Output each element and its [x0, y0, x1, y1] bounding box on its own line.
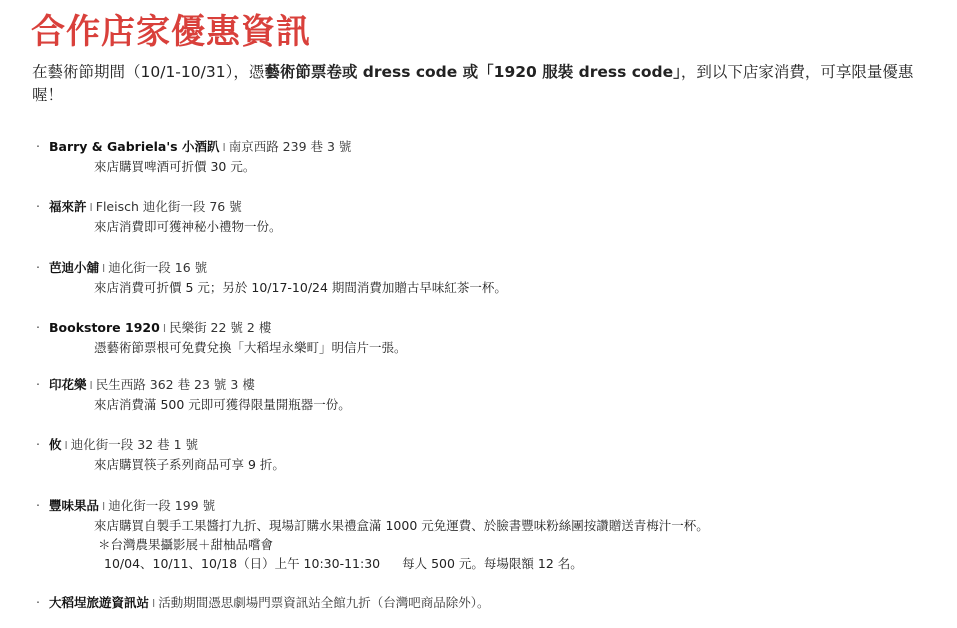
store-name: Bookstore 1920	[49, 320, 160, 335]
bullet-icon: ‧	[36, 496, 49, 515]
store-name: 攸	[49, 437, 62, 452]
store-item-fengwei-fruit: ‧豐味果品I迪化街一段 199 號 來店購買自製手工果醬打九折、現場訂購水果禮盒…	[36, 496, 709, 573]
store-offer: 來店消費可折價 5 元；另於 10/17-10/24 期間消費加贈古早味紅茶一杯…	[36, 278, 507, 297]
store-item-you: ‧攸I迪化街一段 32 巷 1 號 來店購買筷子系列商品可享 9 折。	[36, 435, 285, 474]
store-address: 迪化街一段 16 號	[108, 260, 207, 275]
separator: I	[152, 597, 155, 610]
store-address: 民生西路 362 巷 23 號 3 樓	[96, 377, 255, 392]
intro-paragraph: 在藝術節期間（10/1-10/31），憑藝術節票卷或 dress code 或「…	[32, 61, 922, 107]
store-offer: 來店購買啤酒可折價 30 元。	[36, 157, 351, 176]
bullet-icon: ‧	[36, 318, 49, 337]
intro-text-bold: 藝術節票卷或 dress code 或「1920 服裝 dress code」	[264, 63, 681, 81]
event-title: ＊台灣農果攝影展＋甜柚品嚐會	[36, 535, 709, 554]
store-name: 大稻埕旅遊資訊站	[49, 595, 149, 610]
store-header: ‧攸I迪化街一段 32 巷 1 號	[36, 435, 285, 455]
bullet-icon: ‧	[36, 593, 49, 612]
separator: I	[90, 201, 93, 214]
separator: I	[65, 439, 68, 452]
store-address: 南京西路 239 巷 3 號	[229, 139, 352, 154]
store-item-fleisch: ‧福來許IFleisch 迪化街一段 76 號 來店消費即可獲神秘小禮物一份。	[36, 197, 282, 236]
event-dates: 10/04、10/11、10/18（日）上午 10:30-11:30	[104, 556, 380, 571]
store-offer: 來店購買自製手工果醬打九折、現場訂購水果禮盒滿 1000 元免運費、於臉書豐味粉…	[36, 516, 709, 535]
store-item-barry-gabriela: ‧Barry & Gabriela's 小酒趴I南京西路 239 巷 3 號 來…	[36, 137, 351, 176]
separator: I	[90, 379, 93, 392]
store-address: 迪化街一段 32 巷 1 號	[71, 437, 198, 452]
separator: I	[102, 262, 105, 275]
store-name: 豐味果品	[49, 498, 99, 513]
bullet-icon: ‧	[36, 435, 49, 454]
separator: I	[222, 141, 225, 154]
store-header: ‧芭迪小舖I迪化街一段 16 號	[36, 258, 507, 278]
store-offer: 憑藝術節票根可免費兌換「大稻埕永樂町」明信片一張。	[36, 338, 407, 357]
bullet-icon: ‧	[36, 197, 49, 216]
store-header: ‧印花樂I民生西路 362 巷 23 號 3 樓	[36, 375, 351, 395]
bullet-icon: ‧	[36, 137, 49, 156]
store-offer: 來店消費滿 500 元即可獲得限量開瓶器一份。	[36, 395, 351, 414]
store-header: ‧福來許IFleisch 迪化街一段 76 號	[36, 197, 282, 217]
store-header: ‧豐味果品I迪化街一段 199 號	[36, 496, 709, 516]
store-name: Barry & Gabriela's 小酒趴	[49, 139, 219, 154]
event-price: 每人 500 元。每場限額 12 名。	[402, 556, 583, 571]
store-header: ‧Barry & Gabriela's 小酒趴I南京西路 239 巷 3 號	[36, 137, 351, 157]
store-name: 芭迪小舖	[49, 260, 99, 275]
event-schedule: 10/04、10/11、10/18（日）上午 10:30-11:30每人 500…	[36, 554, 709, 573]
store-item-yinhuale: ‧印花樂I民生西路 362 巷 23 號 3 樓 來店消費滿 500 元即可獲得…	[36, 375, 351, 414]
store-address: Fleisch 迪化街一段 76 號	[96, 199, 242, 214]
separator: I	[163, 322, 166, 335]
store-item-badi: ‧芭迪小舖I迪化街一段 16 號 來店消費可折價 5 元；另於 10/17-10…	[36, 258, 507, 297]
intro-text-part1: 在藝術節期間（10/1-10/31），憑	[32, 63, 264, 81]
store-name: 福來許	[49, 199, 87, 214]
store-item-dadaocheng-info: ‧大稻埕旅遊資訊站I活動期間憑思劇場門票資訊站全館九折（台灣吧商品除外）。	[36, 593, 490, 613]
bullet-icon: ‧	[36, 375, 49, 394]
store-name: 印花樂	[49, 377, 87, 392]
store-item-bookstore-1920: ‧Bookstore 1920I民樂街 22 號 2 樓 憑藝術節票根可免費兌換…	[36, 318, 407, 357]
store-address: 迪化街一段 199 號	[108, 498, 215, 513]
store-header: ‧大稻埕旅遊資訊站I活動期間憑思劇場門票資訊站全館九折（台灣吧商品除外）。	[36, 593, 490, 613]
page-title: 合作店家優惠資訊	[31, 10, 311, 54]
store-offer: 來店購買筷子系列商品可享 9 折。	[36, 455, 285, 474]
store-header: ‧Bookstore 1920I民樂街 22 號 2 樓	[36, 318, 407, 338]
store-address: 民樂街 22 號 2 樓	[169, 320, 271, 335]
bullet-icon: ‧	[36, 258, 49, 277]
separator: I	[102, 500, 105, 513]
store-offer: 來店消費即可獲神秘小禮物一份。	[36, 217, 282, 236]
store-offer: 活動期間憑思劇場門票資訊站全館九折（台灣吧商品除外）。	[158, 595, 489, 610]
